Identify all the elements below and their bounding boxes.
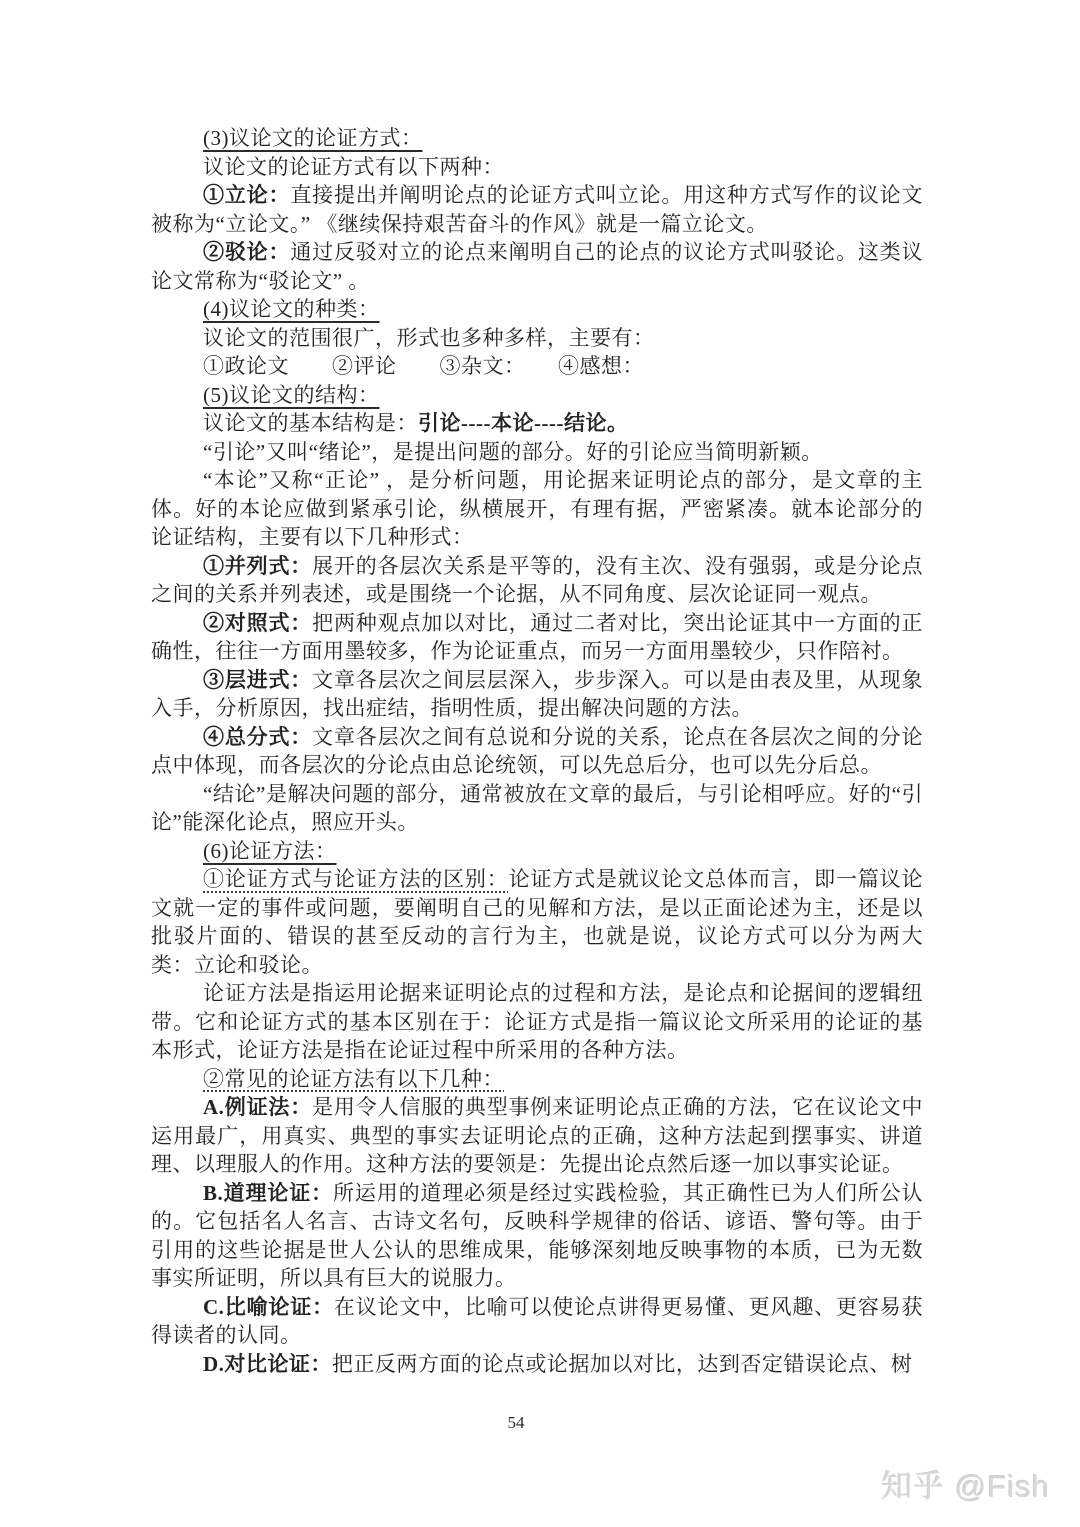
text-segment: “本论”又称“正论” ，是分析问题，用论据来证明论点的部分，是文章的主体。好的本… [151, 468, 923, 549]
text-segment: 引论----本论----结论。 [418, 411, 628, 435]
paragraph: ②常见的论证方法有以下几种： [151, 1065, 923, 1094]
paragraph: A.例证法：是用令人信服的典型事例来证明论点正确的方法，它在议论文中运用最广，用… [151, 1093, 923, 1179]
text-segment: “结论”是解决问题的部分，通常被放在文章的最后，与引论相呼应。好的“引论”能深化… [151, 782, 923, 835]
paragraph: ①论证方式与论证方法的区别：论证方式是就议论文总体而言，即一篇议论文就一定的事件… [151, 865, 923, 979]
paragraph: 议论文的范围很广，形式也多种多样，主要有： [151, 324, 923, 353]
heading-text: (3)议论文的论证方式： [203, 126, 423, 150]
paragraph: “本论”又称“正论” ，是分析问题，用论据来证明论点的部分，是文章的主体。好的本… [151, 466, 923, 552]
paragraph: B.道理论证：所运用的道理必须是经过实践检验，其正确性已为人们所公认的。它包括名… [151, 1179, 923, 1293]
text-segment: “引论”又叫“绪论”，是提出问题的部分。好的引论应当简明新颖。 [203, 440, 823, 464]
paragraph: ④总分式：文章各层次之间有总说和分说的关系，论点在各层次之间的分论点中体现，而各… [151, 723, 923, 780]
paragraph: ①立论：直接提出并阐明论点的论证方式叫立论。用这种方式写作的议论文被称为“立论文… [151, 181, 923, 238]
paragraph: 议论文的基本结构是：引论----本论----结论。 [151, 409, 923, 438]
text-segment: ①立论： [203, 183, 290, 207]
paragraph: “引论”又叫“绪论”，是提出问题的部分。好的引论应当简明新颖。 [151, 438, 923, 467]
text-segment: A.例证法： [203, 1095, 312, 1119]
section-heading-4: (4)议论文的种类： [151, 295, 923, 324]
paragraph: D.对比论证：把正反两方面的论点或论据加以对比，达到否定错误论点、树 [151, 1350, 923, 1379]
text-segment: C.比喻论证： [203, 1295, 334, 1319]
text-segment: ④总分式： [203, 725, 312, 749]
heading-text: (6)论证方法： [203, 839, 337, 863]
text-segment: ②常见的论证方法有以下几种： [203, 1067, 504, 1091]
text-segment: 议论文的范围很广，形式也多种多样，主要有： [203, 326, 655, 350]
document-body: (3)议论文的论证方式：议论文的论证方式有以下两种：①立论：直接提出并阐明论点的… [151, 124, 923, 1378]
paragraph: ①并列式：展开的各层次关系是平等的，没有主次、没有强弱，或是分论点之间的关系并列… [151, 552, 923, 609]
paragraph: ①政论文 ②评论 ③杂文： ④感想： [151, 352, 923, 381]
text-segment: ②对照式： [203, 611, 312, 635]
paragraph: ②驳论：通过反驳对立的论点来阐明自己的论点的议论方式叫驳论。这类议论文常称为“驳… [151, 238, 923, 295]
text-segment: B.道理论证： [203, 1181, 333, 1205]
heading-text: (4)议论文的种类： [203, 297, 380, 321]
section-heading-3: (3)议论文的论证方式： [151, 124, 923, 153]
heading-text: (5)议论文的结构： [203, 383, 380, 407]
text-segment: ①论证方式与论证方法的区别： [203, 867, 509, 891]
text-segment: ①并列式： [203, 554, 312, 578]
paragraph: C.比喻论证：在议论文中，比喻可以使论点讲得更易懂、更风趣、更容易获得读者的认同… [151, 1293, 923, 1350]
text-segment: ②驳论： [203, 240, 290, 264]
text-segment: 论证方法是指运用论据来证明论点的过程和方法，是论点和论据间的逻辑纽带。它和论证方… [151, 981, 923, 1062]
text-segment: 议论文的基本结构是： [203, 411, 418, 435]
text-segment: 把正反两方面的论点或论据加以对比，达到否定错误论点、树 [332, 1352, 913, 1376]
paragraph: 论证方法是指运用论据来证明论点的过程和方法，是论点和论据间的逻辑纽带。它和论证方… [151, 979, 923, 1065]
watermark: 知乎 @Fish [881, 1461, 1050, 1506]
document-page: (3)议论文的论证方式：议论文的论证方式有以下两种：①立论：直接提出并阐明论点的… [0, 0, 1080, 1527]
text-segment: ③层进式： [203, 668, 312, 692]
section-heading-6: (6)论证方法： [151, 837, 923, 866]
paragraph: “结论”是解决问题的部分，通常被放在文章的最后，与引论相呼应。好的“引论”能深化… [151, 780, 923, 837]
paragraph: 议论文的论证方式有以下两种： [151, 153, 923, 182]
paragraph: ②对照式：把两种观点加以对比，通过二者对比，突出论证其中一方面的正确性，往往一方… [151, 609, 923, 666]
page-number: 54 [130, 1413, 902, 1433]
paragraph: ③层进式：文章各层次之间层层深入，步步深入。可以是由表及里，从现象入手，分析原因… [151, 666, 923, 723]
text-segment: ①政论文 ②评论 ③杂文： ④感想： [203, 354, 644, 378]
section-heading-5: (5)议论文的结构： [151, 381, 923, 410]
text-segment: 议论文的论证方式有以下两种： [203, 155, 504, 179]
text-segment: D.对比论证： [203, 1352, 332, 1376]
